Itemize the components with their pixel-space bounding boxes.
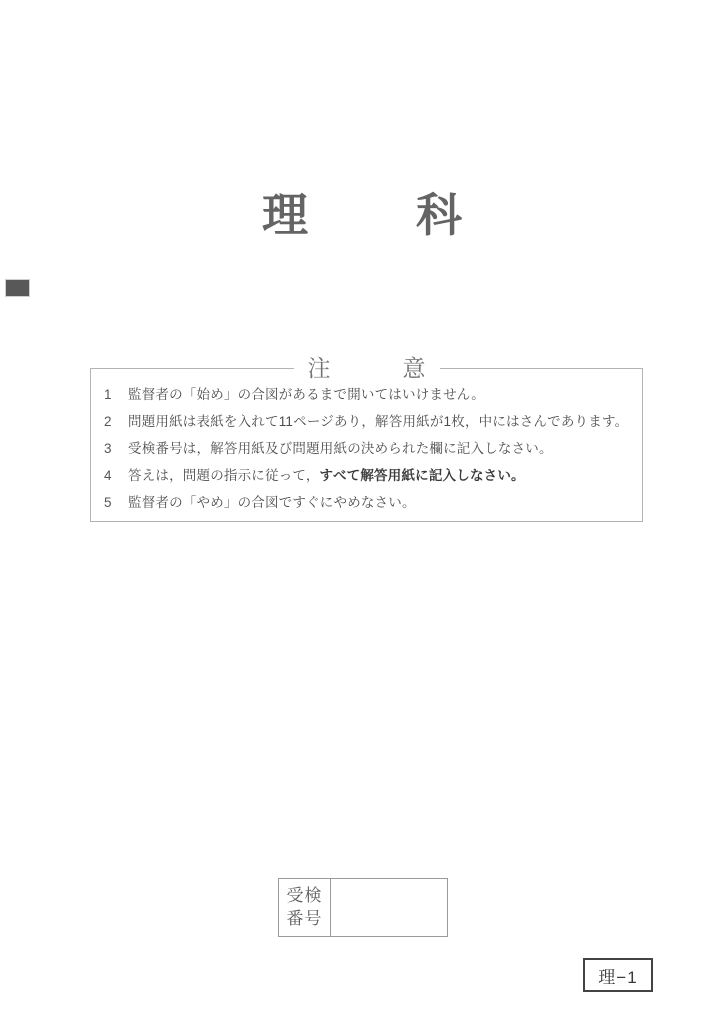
exam-number-box: 受検 番号	[278, 878, 448, 937]
notice-box: 注 意 1 監督者の「始め」の合図があるまで開いてはいけません。 2 問題用紙は…	[90, 368, 643, 522]
notice-heading-char-1: 注	[308, 355, 331, 383]
notice-item-number: 5	[104, 493, 128, 513]
page-label-text: 理−1	[598, 963, 637, 988]
registration-mark	[6, 280, 29, 296]
exam-number-label-line-1: 受検	[287, 885, 323, 908]
subject-title-char-2: 科	[416, 192, 462, 238]
notice-item-text: 問題用紙は表紙を入れて11ページあり，解答用紙が1枚，中にはさんであります。	[128, 412, 628, 432]
notice-item-number: 4	[104, 466, 128, 486]
exam-number-label: 受検 番号	[279, 879, 331, 936]
page-label-box: 理−1	[583, 958, 653, 992]
subject-title: 理 科	[0, 192, 724, 238]
notice-heading-char-2: 意	[403, 355, 426, 383]
notice-items: 1 監督者の「始め」の合図があるまで開いてはいけません。 2 問題用紙は表紙を入…	[91, 385, 642, 520]
notice-item-text: 答えは，問題の指示に従って，	[128, 466, 320, 486]
notice-item-3: 3 受検番号は，解答用紙及び問題用紙の決められた欄に記入しなさい。	[91, 439, 642, 466]
notice-item-number: 2	[104, 412, 128, 432]
notice-item-number: 1	[104, 385, 128, 405]
notice-item-5: 5 監督者の「やめ」の合図ですぐにやめなさい。	[91, 493, 642, 520]
notice-item-text-bold: すべて解答用紙に記入しなさい。	[320, 466, 525, 486]
subject-title-char-1: 理	[262, 192, 308, 238]
notice-item-number: 3	[104, 439, 128, 459]
notice-item-text: 監督者の「やめ」の合図ですぐにやめなさい。	[128, 493, 416, 513]
notice-item-4: 4 答えは，問題の指示に従って，すべて解答用紙に記入しなさい。	[91, 466, 642, 493]
notice-item-text: 監督者の「始め」の合図があるまで開いてはいけません。	[128, 385, 485, 405]
notice-item-2: 2 問題用紙は表紙を入れて11ページあり，解答用紙が1枚，中にはさんであります。	[91, 412, 642, 439]
notice-item-1: 1 監督者の「始め」の合図があるまで開いてはいけません。	[91, 385, 642, 412]
notice-heading: 注 意	[294, 355, 440, 383]
exam-number-field[interactable]	[331, 879, 447, 936]
exam-number-label-line-2: 番号	[287, 908, 323, 931]
notice-item-text: 受検番号は，解答用紙及び問題用紙の決められた欄に記入しなさい。	[128, 439, 553, 459]
exam-cover-page: 理 科 注 意 1 監督者の「始め」の合図があるまで開いてはいけません。 2 問…	[0, 0, 724, 1024]
